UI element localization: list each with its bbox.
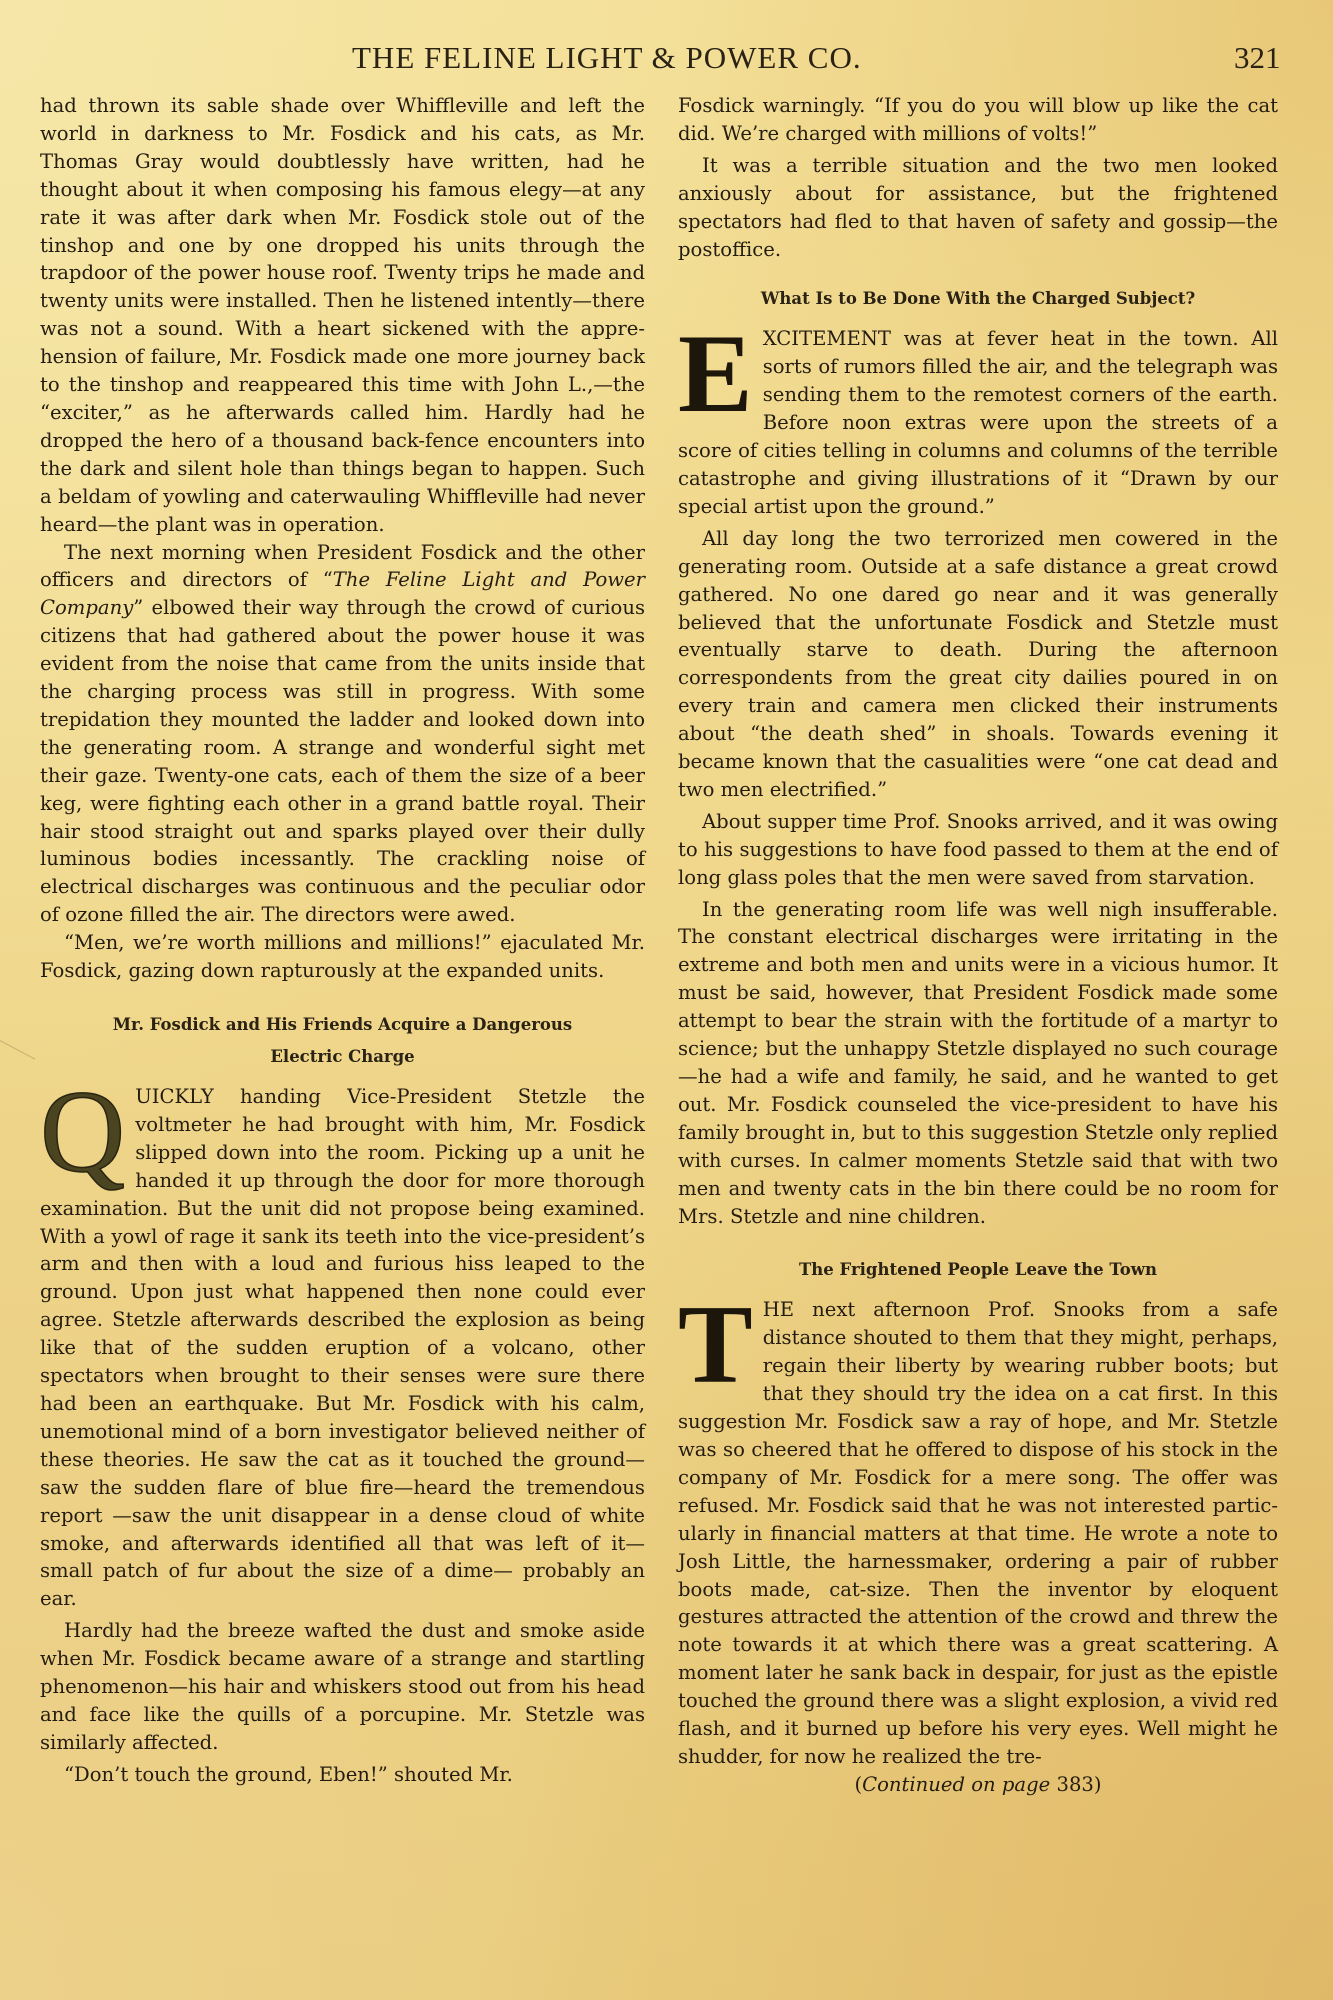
small-caps-lead: UICKLY bbox=[135, 1085, 214, 1108]
dropcap-letter: Q bbox=[40, 1085, 135, 1173]
paragraph-with-dropcap: EXCITEMENT was at fever heat in the town… bbox=[678, 325, 1278, 520]
paragraph: All day long the two terrorized men cowe… bbox=[678, 525, 1278, 804]
paragraph-text: ” elbowed their way through the crowd of… bbox=[40, 596, 645, 926]
section-subhead: The Frightened People Leave the Town bbox=[678, 1254, 1278, 1286]
continued-note: (Continued on page 383) bbox=[678, 1771, 1278, 1799]
continued-label: Continued on page bbox=[862, 1773, 1050, 1796]
paragraph: had thrown its sable shade over Whifflev… bbox=[40, 92, 645, 539]
paper-crease bbox=[0, 1040, 35, 1130]
small-caps-lead: HE bbox=[763, 1298, 794, 1321]
continued-page-number: 383) bbox=[1050, 1773, 1101, 1796]
continued-paren: ( bbox=[854, 1773, 862, 1796]
paragraph: In the generating room life was well nig… bbox=[678, 896, 1278, 1231]
section-subhead: What Is to Be Done With the Charged Subj… bbox=[678, 283, 1278, 315]
magazine-page: THE FELINE LIGHT & POWER CO. 321 had thr… bbox=[0, 0, 1333, 2000]
subhead-line: Mr. Fosdick and His Friends Acquire a Da… bbox=[40, 1009, 645, 1041]
paragraph: Fosdick warningly. “If you do you will b… bbox=[678, 92, 1278, 148]
subhead-line: Electric Charge bbox=[40, 1041, 645, 1073]
dropcap-letter: E bbox=[678, 327, 763, 415]
section-subhead: Mr. Fosdick and His Friends Acquire a Da… bbox=[40, 1009, 645, 1073]
paragraph: About supper time Prof. Snooks arrived, … bbox=[678, 808, 1278, 892]
paragraph-text: was at fever heat in the town. All sorts… bbox=[678, 327, 1278, 517]
dropcap-letter: T bbox=[678, 1298, 763, 1386]
left-column: had thrown its sable shade over Whifflev… bbox=[40, 92, 645, 1789]
paragraph: The next morning when President Fosdick … bbox=[40, 539, 645, 930]
paragraph-with-dropcap: THE next afternoon Prof. Snooks from a s… bbox=[678, 1296, 1278, 1770]
paragraph: “Don’t touch the ground, Eben!” shouted … bbox=[40, 1761, 645, 1789]
paragraph: It was a terrible situation and the two … bbox=[678, 152, 1278, 264]
small-caps-lead: XCITEMENT bbox=[763, 327, 891, 350]
running-title: THE FELINE LIGHT & POWER CO. bbox=[352, 40, 862, 76]
right-column: Fosdick warningly. “If you do you will b… bbox=[678, 92, 1278, 1799]
paragraph: “Men, we’re worth millions and millions!… bbox=[40, 929, 645, 985]
paragraph-with-dropcap: QUICKLY handing Vice-President Stetzle t… bbox=[40, 1083, 645, 1613]
paragraph: Hardly had the breeze wafted the dust an… bbox=[40, 1617, 645, 1757]
page-number: 321 bbox=[1234, 40, 1281, 76]
paragraph-text: next afternoon Prof. Snooks from a safe … bbox=[678, 1298, 1278, 1768]
